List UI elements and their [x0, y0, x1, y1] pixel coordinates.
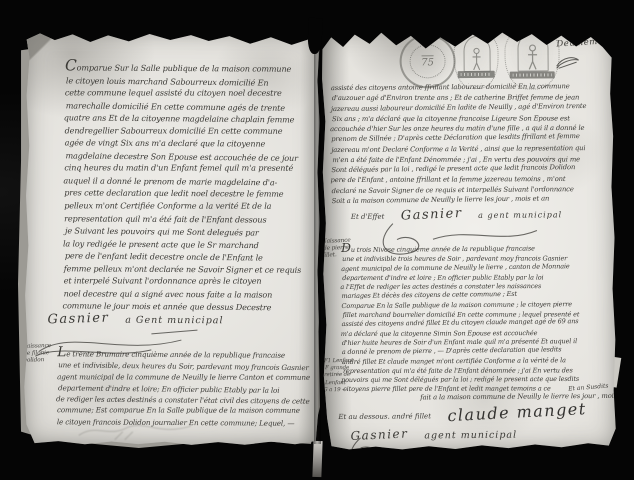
text-line: agée de vingt Six ans m'a declaré que la… — [65, 137, 317, 151]
text-line: G a 19 — — [323, 387, 365, 394]
torn-seam-notch — [307, 18, 322, 54]
signature-title: agent municipal — [424, 430, 517, 442]
left-page: Comparue Sur la Salle publique de la mai… — [23, 29, 322, 447]
text-line: Comparue En la Salle publique de la mais… — [341, 300, 613, 311]
signature-row: Gasnier agent municipal — [350, 427, 517, 442]
text-line: Du trois Nivose cinquieme année de la re… — [341, 242, 613, 255]
text-line: jazereau m'ont Declaré Conforme a la Ver… — [331, 142, 611, 154]
text-line: dendregellier Sabourreux domicilié En ce… — [65, 124, 317, 137]
standing-figure-icon — [470, 47, 484, 71]
signature-gasnier: Gasnier — [350, 426, 408, 442]
shield-revenue-stamp-icon — [453, 30, 498, 89]
signature-title: a gent municipal — [478, 210, 562, 220]
signature-gasnier: Gasnier — [47, 311, 109, 328]
signature-row: Gasnier a Gent municipal — [47, 311, 223, 327]
witness-signature-row: Et au dessous. andré fillet claude mange… — [338, 402, 586, 423]
text-line: pere de l'Enfant , antoine ffrillant et … — [331, 174, 611, 186]
text-line: m'a déclaré que la citoyenne Simin Son E… — [341, 328, 613, 339]
stamp-banner — [510, 71, 555, 78]
signature-gasnier: Gasnier — [400, 206, 462, 224]
shield-revenue-stamp-icon — [504, 26, 559, 89]
act-pierre-text-block: Du trois Nivose cinquieme année de la re… — [341, 242, 614, 395]
signature-title: a Gent municipal — [125, 315, 223, 327]
text-line: cette commune lequel assisté du citoyen … — [65, 86, 317, 99]
text-line: assisté des citoyens andré fillet Et du … — [342, 317, 614, 330]
text-line: agent municipal de la commune de Neuilly… — [57, 371, 315, 383]
binding-tail — [312, 441, 322, 477]
closing-formula: Et d'Effet — [351, 213, 385, 221]
ink-bleedthrough-marks — [75, 417, 195, 442]
stamp-value-text: 75 — [421, 55, 434, 68]
text-line: Lenfant — [325, 380, 367, 387]
text-line: pelleux m'ont Certifiée Conforme a la ve… — [64, 199, 316, 212]
folded-corner — [25, 29, 63, 65]
closing-formula: Et au dessous. andré fillet — [338, 412, 431, 421]
text-line: Comparue Sur la Salle publique de la mai… — [65, 59, 317, 75]
text-line: andré fillet Et claude manget m'ont cert… — [342, 355, 614, 366]
stamp-arch — [517, 33, 549, 72]
stamp-arch — [464, 36, 490, 72]
stamp-banner — [458, 71, 494, 78]
act-fille-text-block: assisté des citoyens antoine ffrillant l… — [331, 81, 612, 206]
margin-note-misc: F1 LenfantF granderetirée deLenfantG a 1… — [324, 358, 366, 394]
text-line: commune; Est comparue En la Salle publiq… — [57, 405, 315, 417]
act-birth-text-block: Comparue Sur la Salle publique de la mai… — [64, 59, 318, 313]
scanned-register-spread: Comparue Sur la Salle publique de la mai… — [0, 0, 634, 480]
stamp-inner-ring: 75 — [409, 44, 445, 78]
right-page: 75 Deuxieme — [319, 26, 617, 452]
standing-figure-icon — [525, 44, 541, 71]
signature-row: Et d'Effet Gasnier a gent municipal — [351, 206, 562, 223]
text-line: retirée de — [324, 372, 366, 380]
text-line: auquel il a donné le prenom de marie mag… — [63, 174, 315, 189]
folio-label: Deuxieme — [556, 37, 603, 50]
text-line: cinq heures du matin d'un Enfant femel q… — [64, 162, 316, 175]
closing-line: fait a la maison commune de Neuilly le l… — [420, 392, 617, 402]
round-revenue-stamp-icon: 75 — [399, 34, 455, 88]
text-line: et interpelé Suivant l'ordonnance après … — [64, 275, 316, 288]
signature-claude-manget: claude manget — [447, 399, 587, 425]
